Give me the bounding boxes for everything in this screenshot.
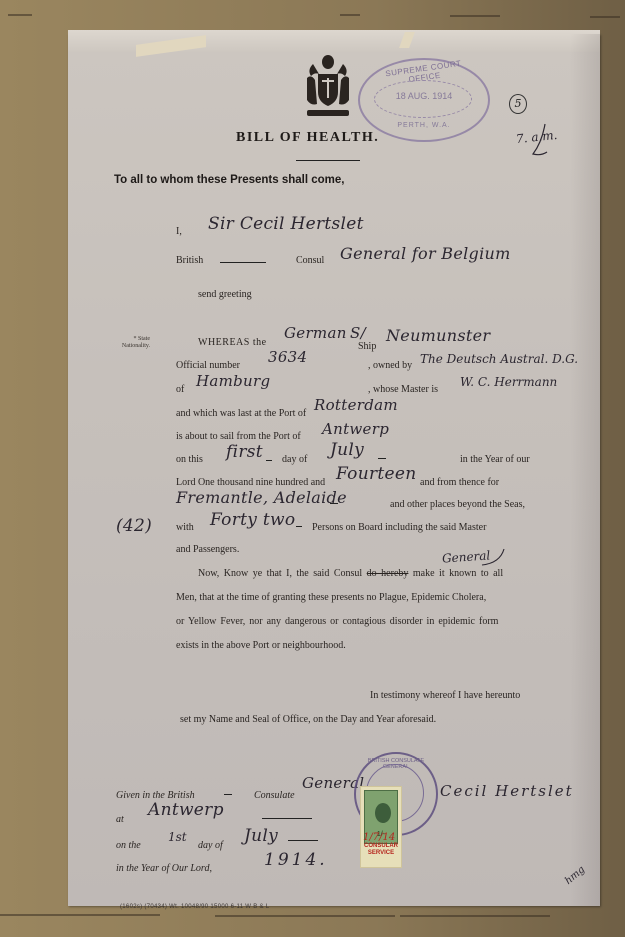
home-port: Hamburg (196, 372, 270, 390)
bill-of-health-document: SUPREME COURT OFFICE 18 AUG. 1914 PERTH,… (68, 34, 600, 906)
label-lord-one-thousand: Lord One thousand nine hundred and (176, 477, 325, 488)
label-ship: Ship (358, 341, 376, 352)
destinations: Fremantle, Adelaide (176, 488, 347, 507)
label-at: at (116, 814, 124, 825)
label-other-places: and other places beyond the Seas, (390, 499, 525, 510)
ship-owner: The Deutsch Austral. D.G. (420, 352, 578, 366)
stamp-overprint: CONSULAR SERVICE (361, 843, 401, 857)
blank-line (288, 840, 318, 841)
blank-line (224, 794, 232, 795)
ship-master: W. C. Herrmann (460, 375, 557, 389)
insert-flourish-icon (480, 547, 510, 567)
label-i: I, (176, 226, 182, 237)
board-mark (8, 14, 32, 16)
blank-line (220, 262, 266, 263)
testimony-line-2: set my Name and Seal of Office, on the D… (180, 714, 436, 725)
board-mark (450, 15, 500, 17)
board-mark (215, 915, 395, 917)
label-owned-by: , owned by (368, 360, 412, 371)
given-year: 1914. (264, 850, 328, 870)
label-day-of: day of (198, 840, 223, 851)
label-on-the: on the (116, 840, 141, 851)
label-year-of-our-lord: in the Year of Our Lord, (116, 863, 212, 874)
label-of: of (176, 384, 184, 395)
label-sail-from: is about to sail from the Port of (176, 431, 301, 442)
stamp-date: 18 AUG. 1914 (360, 91, 488, 101)
ship-name: Neumunster (386, 326, 490, 345)
declaration-line-3: or Yellow Fever, nor any dangerous or co… (176, 616, 498, 627)
ship-nationality: German (284, 324, 347, 342)
given-day: 1st (168, 830, 187, 844)
paper-shadow (570, 34, 600, 906)
last-port: Rotterdam (314, 396, 398, 414)
blank-line (266, 460, 272, 461)
blank-line (330, 503, 338, 504)
stamp-cancel-date: 1/7/14 (363, 832, 403, 843)
king-portrait-icon (375, 803, 391, 823)
label-last-port: and which was last at the Port of (176, 408, 306, 419)
label-whereas: WHEREAS the (198, 337, 267, 348)
declaration-line-1: Now, Know ye that I, the said Consul do … (198, 568, 503, 579)
margin-note-line: * State (108, 336, 150, 343)
blank-line (296, 526, 302, 527)
margin-person-count: (42) (116, 516, 152, 536)
blank-line (378, 458, 386, 459)
declaration-line-2: Men, that at the time of granting these … (176, 592, 486, 603)
stamp-bottom-text: PERTH, W.A. (360, 122, 488, 129)
declaration-part-1: Now, Know ye that I, the said Consul (198, 568, 362, 579)
declaration-part-2: make it known to all (413, 568, 503, 579)
printer-imprint: (1602s) (70434) Wt. 10048/90 15000 6-11 … (120, 904, 269, 910)
consular-service-revenue-stamp: 1/- 1/7/14 CONSULAR SERVICE (360, 786, 402, 868)
board-mark (0, 914, 160, 916)
salutation: To all to whom these Presents shall come… (114, 174, 345, 186)
label-day-of: day of (282, 454, 307, 465)
label-persons: Persons on Board including the said Mast… (312, 522, 486, 533)
title-underline (296, 160, 360, 161)
sail-month: July (330, 440, 364, 460)
board-mark (400, 915, 550, 917)
label-consulate: Consulate (254, 790, 295, 801)
blank-line (262, 818, 312, 819)
board-mark (340, 14, 360, 16)
margin-note-line: Nationality. (108, 343, 150, 350)
label-passengers: and Passengers. (176, 544, 239, 555)
consul-signature: Cecil Hertslet (440, 782, 574, 800)
document-title: BILL OF HEALTH. (236, 130, 379, 146)
label-british: British (176, 255, 203, 266)
label-thence-for: and from thence for (420, 477, 499, 488)
ship-type: S/ (350, 324, 366, 342)
given-place: Antwerp (148, 800, 224, 820)
margin-note-state-nationality: * State Nationality. (108, 336, 150, 350)
royal-coat-of-arms-icon (303, 52, 353, 122)
label-with: with (176, 522, 194, 533)
testimony-line-1: In testimony whereof I have hereunto (370, 690, 520, 701)
label-consul: Consul (296, 255, 324, 266)
label-year-of-our: in the Year of our (460, 454, 530, 465)
given-month: July (244, 826, 278, 846)
sail-year: Fourteen (336, 464, 416, 484)
board-mark (590, 16, 620, 18)
consul-title: General for Belgium (340, 244, 511, 263)
official-number: 3634 (268, 348, 307, 366)
label-on-this: on this (176, 454, 203, 465)
label-official-number: Official number (176, 360, 240, 371)
declaration-line-4: exists in the above Port or neighbourhoo… (176, 640, 346, 651)
archive-flourish-icon (520, 120, 550, 160)
sail-from-port: Antwerp (322, 420, 389, 438)
struck-text: do hereby (367, 568, 409, 579)
persons-on-board: Forty two (210, 510, 295, 530)
send-greeting: send greeting (198, 289, 252, 300)
sail-day: first (226, 442, 263, 462)
label-master: , whose Master is (368, 384, 438, 395)
declarant-name: Sir Cecil Hertslet (208, 214, 364, 234)
circled-folio-number: 5 (509, 94, 527, 114)
